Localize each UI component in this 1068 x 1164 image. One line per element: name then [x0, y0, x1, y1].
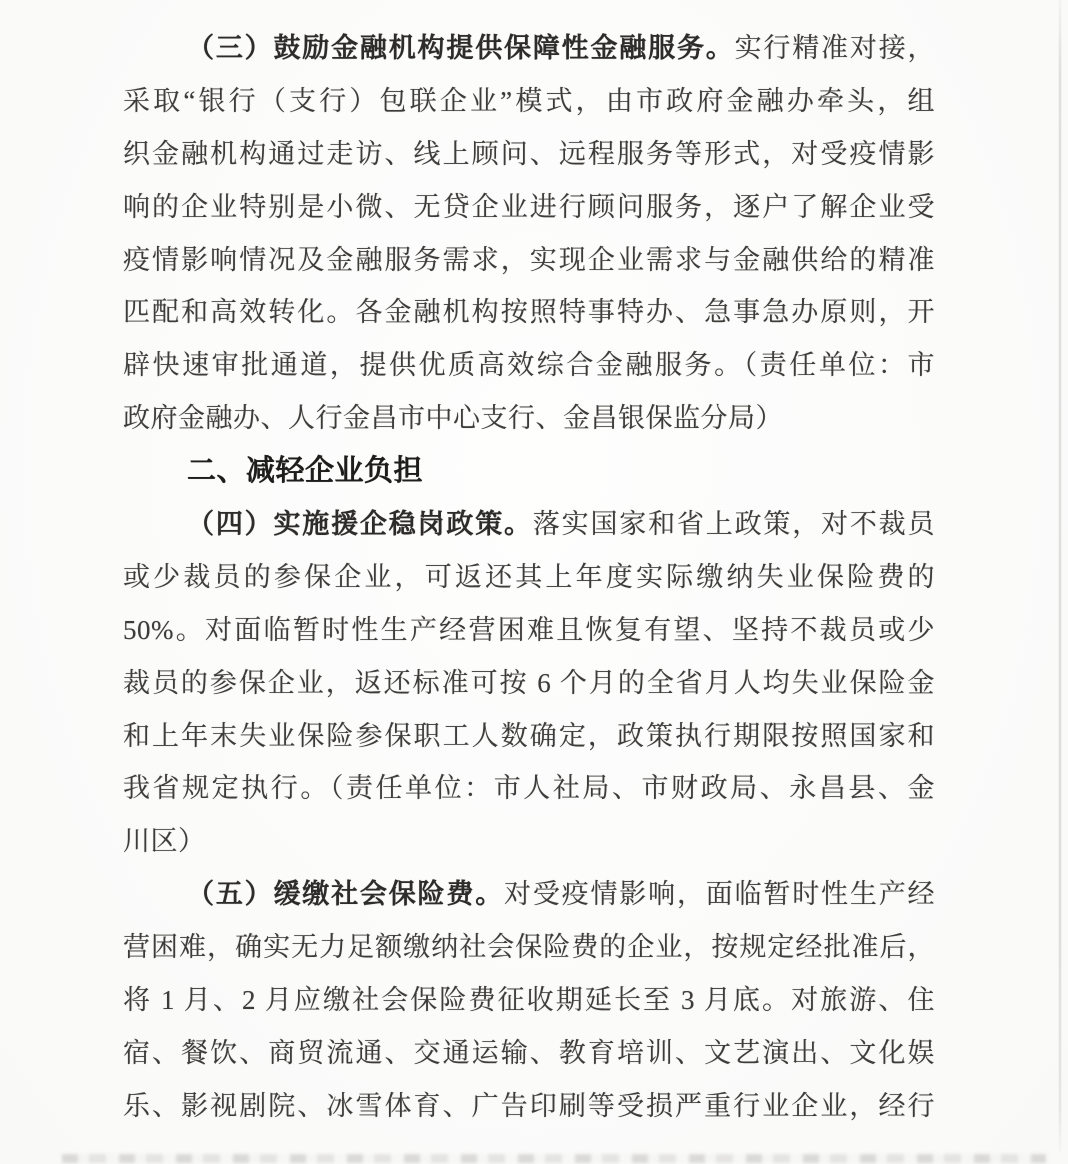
clause-title: （四）实施援企稳岗政策。 [187, 509, 533, 539]
body-text: 将 1 月、2 月应缴社会保险费征收期延长至 3 月底。对旅游、住 [123, 985, 935, 1015]
body-text: 或少裁员的参保企业，可返还其上年度实际缴纳失业保险费的 [123, 562, 935, 592]
paragraph-line: （三）鼓励金融机构提供保障性金融服务。实行精准对接， [123, 22, 935, 75]
paragraph-line: 匹配和高效转化。各金融机构按照特事特办、急事急办原则，开 [123, 286, 935, 339]
paragraph-line: 将 1 月、2 月应缴社会保险费征收期延长至 3 月底。对旅游、住 [123, 974, 935, 1027]
body-text: 我省规定执行。（责任单位：市人社局、市财政局、永昌县、金 [123, 773, 935, 803]
paragraph-line: 采取“银行（支行）包联企业”模式，由市政府金融办牵头，组 [123, 75, 935, 128]
paragraph-line: 我省规定执行。（责任单位：市人社局、市财政局、永昌县、金 [123, 762, 935, 815]
paragraph-line: 川区） [123, 815, 935, 868]
clause-title: （五）缓缴社会保险费。 [187, 879, 504, 909]
document-text-column: （三）鼓励金融机构提供保障性金融服务。实行精准对接， 采取“银行（支行）包联企业… [123, 22, 935, 1133]
body-text: 乐、影视剧院、冰雪体育、广告印刷等受损严重行业企业，经行 [123, 1091, 935, 1121]
responsibility-note-text: 川区） [123, 826, 206, 856]
body-text: 营困难，确实无力足额缴纳社会保险费的企业，按规定经批准后， [123, 932, 935, 962]
cutoff-next-line-artifact [62, 1154, 1046, 1163]
scan-edge-line [1059, 0, 1061, 1152]
paragraph-line: 或少裁员的参保企业，可返还其上年度实际缴纳失业保险费的 [123, 551, 935, 604]
section-heading: 二、减轻企业负担 [123, 445, 935, 498]
paragraph-line: 营困难，确实无力足额缴纳社会保险费的企业，按规定经批准后， [123, 921, 935, 974]
body-text: 落实国家和省上政策，对不裁员 [533, 509, 935, 539]
paragraph-line: 响的企业特别是小微、无贷企业进行顾问服务，逐户了解企业受 [123, 181, 935, 234]
body-text: 织金融机构通过走访、线上顾问、远程服务等形式，对受疫情影 [123, 139, 935, 169]
clause-title: （三）鼓励金融机构提供保障性金融服务。 [187, 33, 735, 63]
paragraph-line: 疫情影响情况及金融服务需求，实现企业需求与金融供给的精准 [123, 234, 935, 287]
body-text: 匹配和高效转化。各金融机构按照特事特办、急事急办原则，开 [123, 297, 935, 327]
body-text: 对受疫情影响，面临暂时性生产经 [504, 879, 935, 909]
paragraph-line: 织金融机构通过走访、线上顾问、远程服务等形式，对受疫情影 [123, 128, 935, 181]
paragraph-line: （五）缓缴社会保险费。对受疫情影响，面临暂时性生产经 [123, 868, 935, 921]
paragraph-line: 裁员的参保企业，返还标准可按 6 个月的全省月人均失业保险金 [123, 657, 935, 710]
paragraph-line: 乐、影视剧院、冰雪体育、广告印刷等受损严重行业企业，经行 [123, 1080, 935, 1133]
paragraph-line: （四）实施援企稳岗政策。落实国家和省上政策，对不裁员 [123, 498, 935, 551]
section-heading-text: 二、减轻企业负担 [187, 455, 423, 487]
paragraph-line: 和上年末失业保险参保职工人数确定，政策执行期限按照国家和 [123, 710, 935, 763]
responsibility-note-text: 政府金融办、人行金昌市中心支行、金昌银保监分局） [123, 403, 783, 433]
body-text: 采取“银行（支行）包联企业”模式，由市政府金融办牵头，组 [123, 86, 935, 116]
body-text: 和上年末失业保险参保职工人数确定，政策执行期限按照国家和 [123, 721, 935, 751]
body-text: 实行精准对接， [735, 33, 935, 63]
body-text: 响的企业特别是小微、无贷企业进行顾问服务，逐户了解企业受 [123, 192, 935, 222]
body-text: 宿、餐饮、商贸流通、交通运输、教育培训、文艺演出、文化娱 [123, 1038, 935, 1068]
paragraph-line: 政府金融办、人行金昌市中心支行、金昌银保监分局） [123, 392, 935, 445]
body-text: 疫情影响情况及金融服务需求，实现企业需求与金融供给的精准 [123, 245, 935, 275]
paragraph-line: 宿、餐饮、商贸流通、交通运输、教育培训、文艺演出、文化娱 [123, 1027, 935, 1080]
paragraph-line: 50%。对面临暂时性生产经营困难且恢复有望、坚持不裁员或少 [123, 604, 935, 657]
body-text: 裁员的参保企业，返还标准可按 6 个月的全省月人均失业保险金 [123, 668, 935, 698]
body-text: 50%。对面临暂时性生产经营困难且恢复有望、坚持不裁员或少 [123, 615, 935, 645]
paragraph-line: 辟快速审批通道，提供优质高效综合金融服务。（责任单位：市 [123, 339, 935, 392]
body-text: 辟快速审批通道，提供优质高效综合金融服务。（责任单位：市 [123, 350, 935, 380]
